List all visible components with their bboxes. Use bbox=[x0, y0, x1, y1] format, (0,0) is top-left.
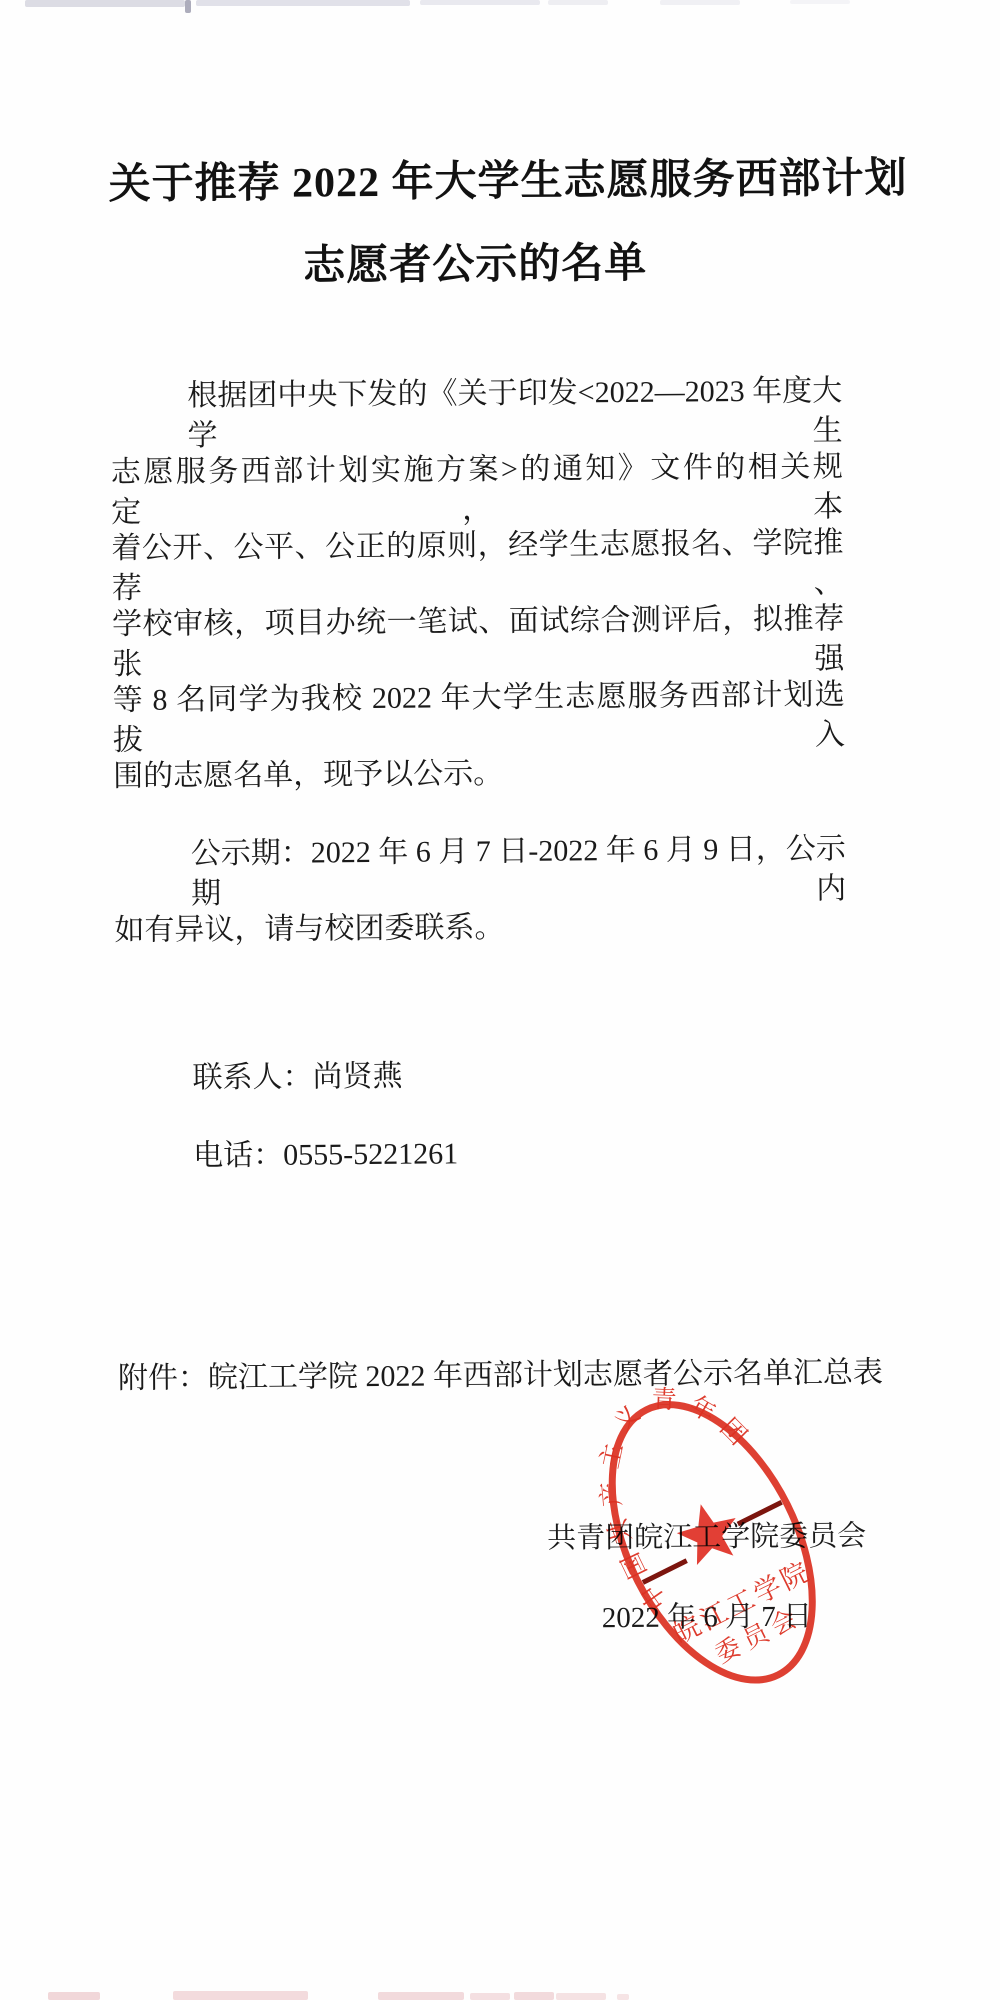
paragraph1-line: 根据团中央下发的《关于印发<2022—2023 年度大学生 bbox=[110, 371, 843, 457]
scanned-document-page: 关于推荐 2022 年大学生志愿服务西部计划 志愿者公示的名单 根据团中央下发的… bbox=[0, 0, 1000, 2000]
paragraph1-line: 志愿服务西部计划实施方案>的通知》文件的相关规定，本 bbox=[111, 447, 844, 533]
seal-right-bar bbox=[738, 1502, 782, 1524]
contact-phone-line: 电话：0555-5221261 bbox=[116, 1131, 925, 1177]
paragraph1-line: 学校审核，项目办统一笔试、面试综合测评后，拟推荐张强 bbox=[112, 599, 845, 685]
document-title-line-2: 志愿者公示的名单 bbox=[109, 228, 841, 294]
official-red-seal: 中国共产主义青年团 皖江工学院 委员会 bbox=[591, 1381, 834, 1703]
paragraph1-line: 着公开、公平、公正的原则，经学生志愿报名、学院推荐、 bbox=[111, 523, 844, 609]
paragraph2-line: 公示期：2022 年 6 月 7 日-2022 年 6 月 9 日，公示期内 bbox=[114, 829, 847, 915]
paragraph2-line: 如有异议，请与校团委联系。 bbox=[114, 905, 846, 951]
contact-person-line: 联系人：尚贤燕 bbox=[115, 1053, 924, 1099]
paragraph1-line: 等 8 名同学为我校 2022 年大学生志愿服务西部计划选拔入 bbox=[112, 675, 845, 761]
seal-star-icon bbox=[671, 1497, 744, 1568]
document-title-line-1: 关于推荐 2022 年大学生志愿服务西部计划 bbox=[108, 145, 840, 211]
paragraph1-line: 围的志愿名单，现予以公示。 bbox=[113, 751, 845, 797]
